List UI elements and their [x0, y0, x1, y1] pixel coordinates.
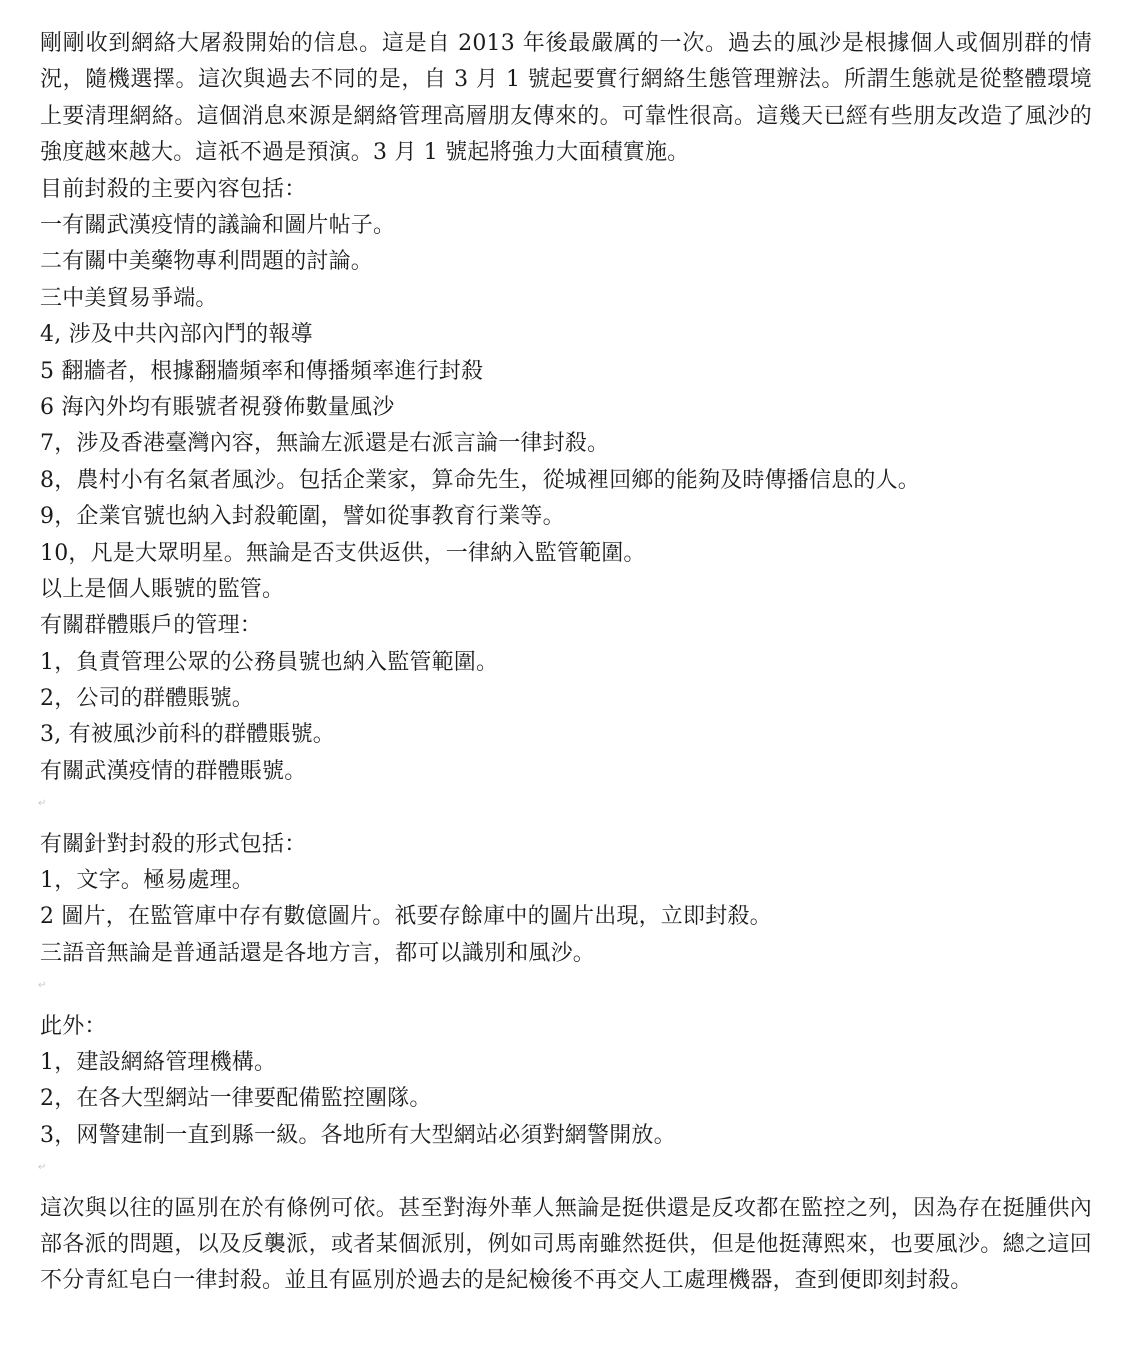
group-accounts-item: 有關武漢疫情的群體賬號。: [40, 754, 1100, 790]
closing-paragraph: 這次與以往的區別在於有條例可依。甚至對海外華人無論是挺供還是反攻都在監控之列，因…: [40, 1191, 1092, 1300]
forms-item: 1，文字。極易處理。: [40, 863, 1100, 899]
additional-item: 1，建設網絡管理機構。: [40, 1045, 1100, 1081]
forms-item: 三語音無論是普通話還是各地方言，都可以識別和風沙。: [40, 936, 1100, 972]
empty-paragraph: ↵: [40, 972, 1100, 1008]
empty-paragraph: ↵: [40, 1154, 1100, 1190]
group-accounts-item: 3, 有被風沙前科的群體賬號。: [40, 717, 1100, 753]
content-item: 10，凡是大眾明星。無論是否支供返供，一律納入監管範圍。: [40, 536, 1100, 572]
content-item: 一有關武漢疫情的議論和圖片帖子。: [40, 208, 1100, 244]
group-accounts-heading: 有關群體賬戶的管理：: [40, 608, 1100, 644]
content-item: 6 海內外均有賬號者視發佈數量風沙: [40, 390, 1100, 426]
forms-section-heading: 有關針對封殺的形式包括：: [40, 827, 1100, 863]
content-item: 7，涉及香港臺灣內容，無論左派還是右派言論一律封殺。: [40, 426, 1100, 462]
content-item: 5 翻牆者，根據翻牆頻率和傳播頻率進行封殺: [40, 354, 1100, 390]
content-item: 8，農村小有名氣者風沙。包括企業家，算命先生，從城裡回鄉的能夠及時傳播信息的人。: [40, 463, 1100, 499]
content-item: 4, 涉及中共內部內鬥的報導: [40, 317, 1100, 353]
paragraph-mark-icon: ↵: [38, 980, 46, 991]
paragraph-mark-icon: ↵: [38, 798, 46, 809]
paragraph-mark-icon: ↵: [38, 1162, 46, 1173]
group-accounts-item: 2，公司的群體賬號。: [40, 681, 1100, 717]
content-section-summary: 以上是個人賬號的監管。: [40, 572, 1100, 608]
group-accounts-item: 1，負責管理公眾的公務員號也納入監管範圍。: [40, 645, 1100, 681]
additional-item: 3，网警建制一直到縣一級。各地所有大型網站必須對網警開放。: [40, 1118, 1100, 1154]
intro-paragraph: 剛剛收到網絡大屠殺開始的信息。這是自 2013 年後最嚴厲的一次。過去的風沙是根…: [40, 26, 1092, 172]
additional-item: 2，在各大型網站一律要配備監控團隊。: [40, 1081, 1100, 1117]
forms-item: 2 圖片，在監管庫中存有數億圖片。祇要存餘庫中的圖片出現，立即封殺。: [40, 899, 1100, 935]
content-item: 二有關中美藥物專利問題的討論。: [40, 244, 1100, 280]
content-item: 三中美貿易爭端。: [40, 281, 1100, 317]
content-section-heading: 目前封殺的主要內容包括：: [40, 172, 1100, 208]
content-item: 9，企業官號也納入封殺範圍，譬如從事教育行業等。: [40, 499, 1100, 535]
additional-section-heading: 此外：: [40, 1009, 1100, 1045]
empty-paragraph: ↵: [40, 790, 1100, 826]
document-body: 剛剛收到網絡大屠殺開始的信息。這是自 2013 年後最嚴厲的一次。過去的風沙是根…: [40, 26, 1100, 1300]
